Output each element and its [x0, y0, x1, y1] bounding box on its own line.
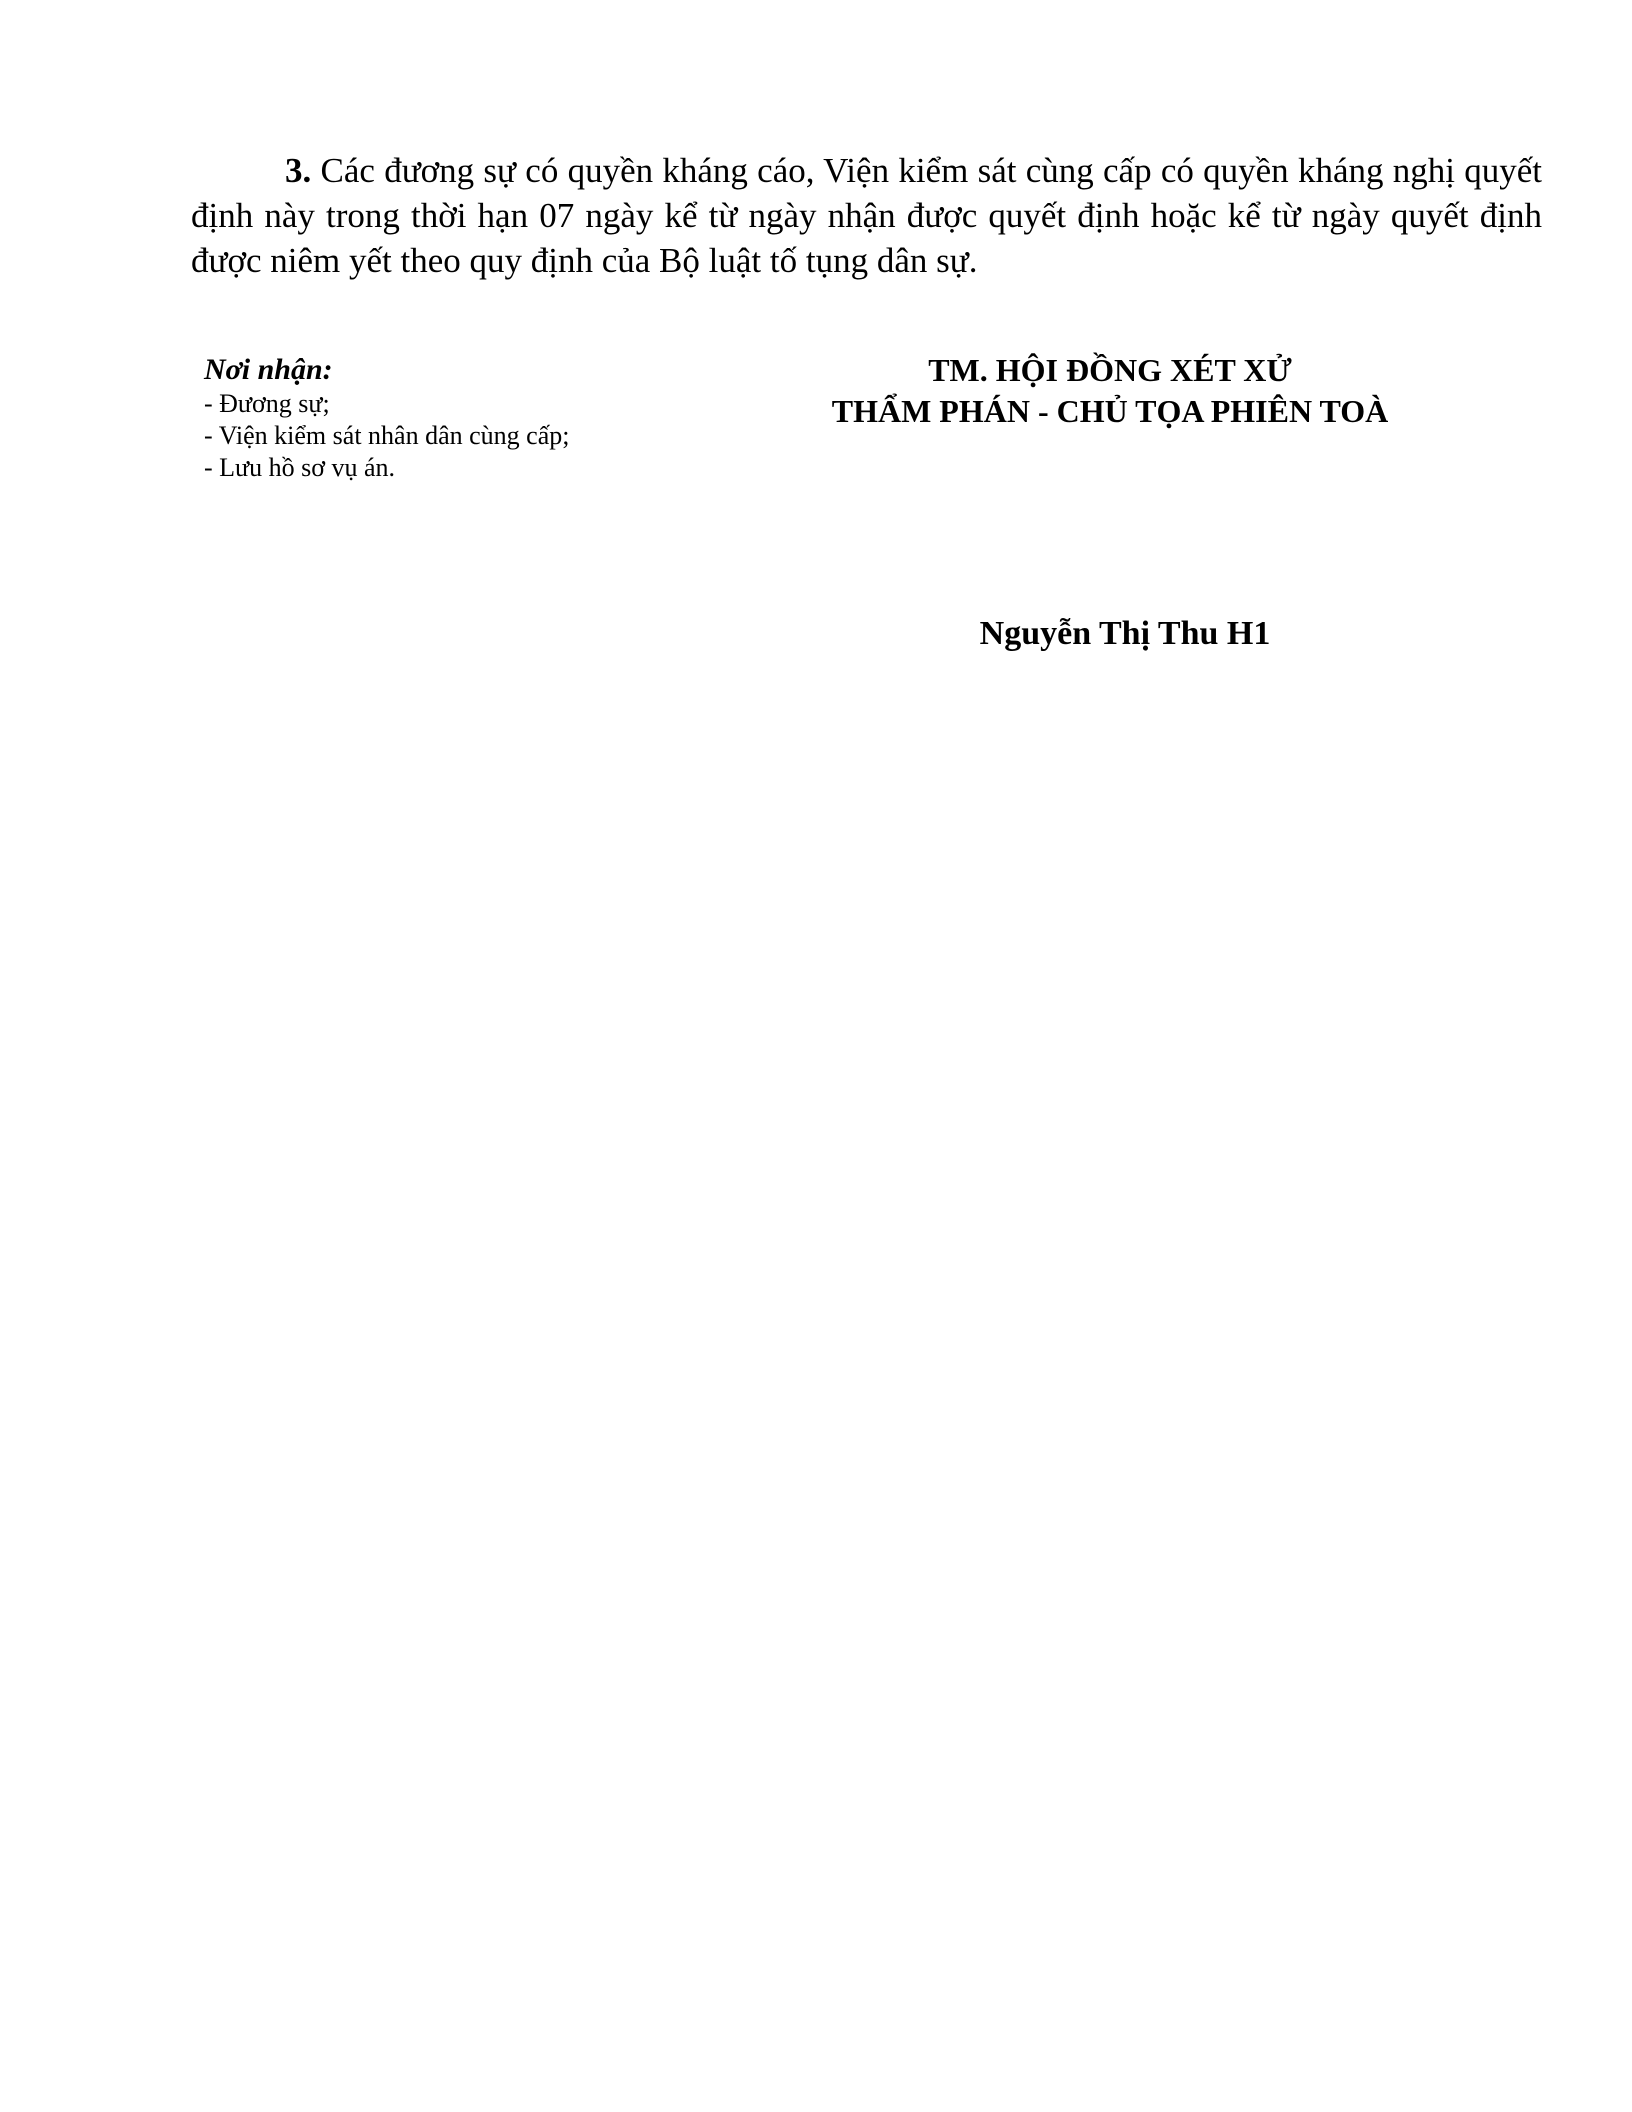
signature-title-line-1: TM. HỘI ĐỒNG XÉT XỬ	[770, 350, 1450, 391]
paragraph-text: Các đương sự có quyền kháng cáo, Viện ki…	[191, 151, 1542, 280]
signature-title-line-2: THẨM PHÁN - CHỦ TỌA PHIÊN TOÀ	[770, 391, 1450, 432]
signer-name: Nguyễn Thị Thu H1	[770, 612, 1450, 656]
recipient-item: - Đương sự;	[204, 388, 664, 420]
recipients-title: Nơi nhận:	[204, 352, 664, 388]
document-page: 3. Các đương sự có quyền kháng cáo, Viện…	[0, 0, 1632, 2112]
signature-block: TM. HỘI ĐỒNG XÉT XỬ THẨM PHÁN - CHỦ TỌA …	[770, 350, 1450, 432]
recipient-item: - Lưu hồ sơ vụ án.	[204, 452, 664, 484]
appeal-rights-paragraph: 3. Các đương sự có quyền kháng cáo, Viện…	[191, 148, 1542, 283]
recipients-list: - Đương sự; - Viện kiểm sát nhân dân cùn…	[204, 388, 664, 484]
recipient-item: - Viện kiểm sát nhân dân cùng cấp;	[204, 420, 664, 452]
paragraph-number: 3.	[285, 151, 311, 190]
recipients-block: Nơi nhận: - Đương sự; - Viện kiểm sát nh…	[204, 352, 664, 484]
